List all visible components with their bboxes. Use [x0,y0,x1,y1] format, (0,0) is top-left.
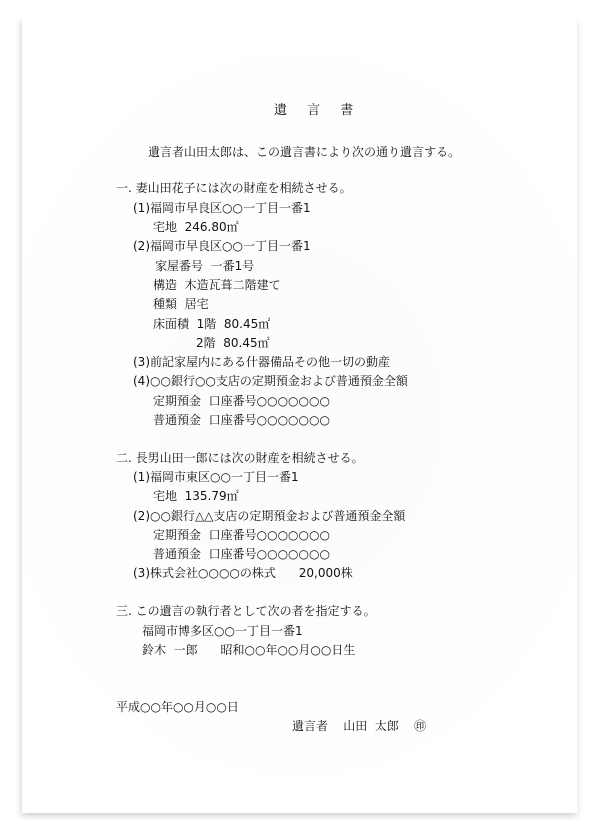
section-1-item-2: (2)福岡市早良区○○一丁目一番1 [133,239,311,253]
section-1-item-4: (4)○○銀行○○支店の定期預金および普通預金全額 [133,374,408,388]
document-date: 平成○○年○○月○○日 [116,700,239,714]
testator-signature: 遺言者 山田 太郎 ㊞ [292,719,426,733]
section-2-item-1: (1)福岡市東区○○一丁目一番1 [133,470,299,484]
executor-address: 福岡市博多区○○一丁目一番1 [142,624,303,638]
section-1-item-1: (1)福岡市早良区○○一丁目一番1 [133,201,311,215]
section-1-floor-area-2: 2階 80.45㎡ [196,336,270,350]
section-1-ordinary-deposit: 普通預金 口座番号○○○○○○○ [153,413,330,427]
section-1-fixed-deposit: 定期預金 口座番号○○○○○○○ [153,394,330,408]
section-2-item-2: (2)○○銀行△△支店の定期預金および普通預金全額 [133,509,405,523]
section-1-item-3: (3)前記家屋内にある什器備品その他一切の動産 [133,355,390,369]
section-1-structure: 構造 木造瓦葺二階建て [153,278,281,292]
section-2-land-area: 宅地 135.79㎡ [153,489,239,503]
section-2-ordinary-deposit: 普通預金 口座番号○○○○○○○ [153,547,330,561]
section-1-land-area: 宅地 246.80㎡ [153,220,239,234]
section-1-heading: 一. 妻山田花子には次の財産を相続させる。 [116,181,352,195]
section-3-heading: 三. この遺言の執行者として次の者を指定する。 [116,604,376,618]
intro-text: 遺言者山田太郎は、この遺言書により次の通り遺言する。 [148,145,460,159]
executor-name-birth: 鈴木 一郎 昭和○○年○○月○○日生 [142,643,355,657]
section-2-item-3: (3)株式会社○○○○の株式 20,000株 [133,566,353,580]
section-2-fixed-deposit: 定期預金 口座番号○○○○○○○ [153,528,330,542]
section-1-house-number: 家屋番号 一番1号 [155,259,254,273]
section-1-type: 種類 居宅 [153,297,209,311]
section-1-floor-area-1: 床面積 1階 80.45㎡ [153,317,270,331]
document-title: 遺 言 書 [274,104,361,118]
section-2-heading: 二. 長男山田一郎には次の財産を相続させる。 [116,451,364,465]
document-page: 遺 言 書 遺言者山田太郎は、この遺言書により次の通り遺言する。 一. 妻山田花… [22,18,577,813]
